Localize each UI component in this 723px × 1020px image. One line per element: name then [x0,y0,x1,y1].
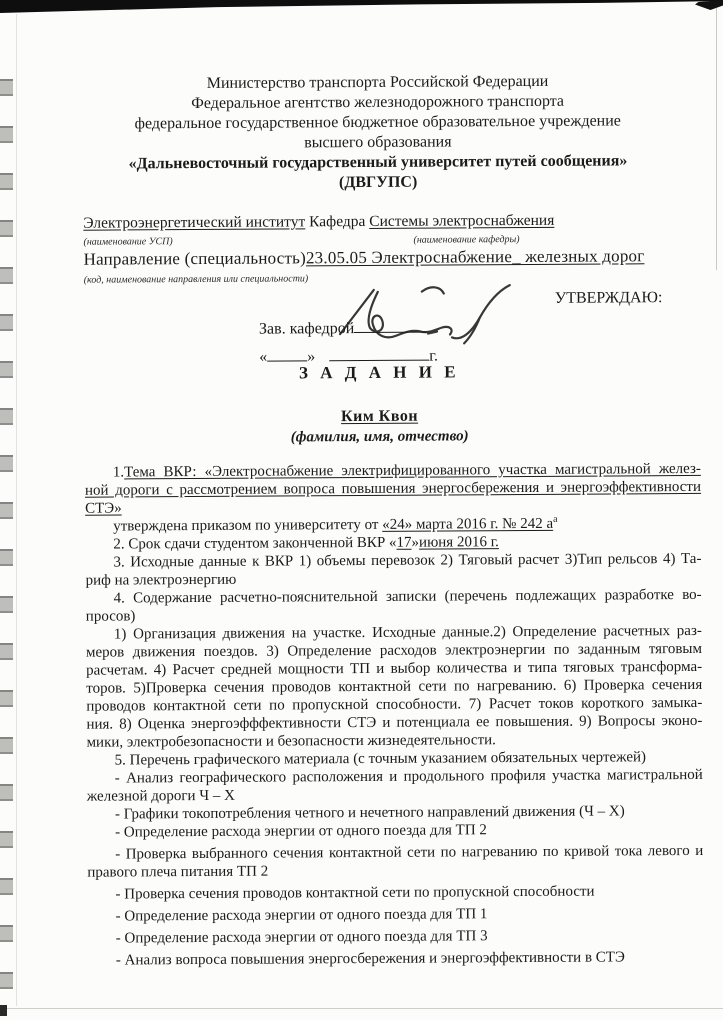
body-line: ния. 8) Оценка энергоэфффективности СТЭ … [86,712,702,734]
drawing-item: - Проверка сечения проводов контактной с… [87,882,703,904]
body-line: 4. Содержание расчетно-пояснительной зап… [86,586,702,608]
header-line: федеральное государственное бюджетное об… [58,111,698,135]
kafedra-name: Системы электроснабжения [369,212,554,230]
university-name: «Дальневосточный государственный универс… [58,151,698,175]
caption-kafedra: (наименование кафедры) [413,230,519,250]
drawing-item: - Проверка выбранного сечения контактной… [87,842,703,864]
caption-usp: (наименование УСП) [83,236,172,248]
document-sheet: Министерство транспорта Российской Федер… [0,0,723,1020]
body-line: ной дороги с рассмотрением вопроса повыш… [85,478,701,500]
drawing-item: - Определение расхода энергии от одного … [88,926,704,948]
page-right-crease [716,8,717,270]
department-block: Электроэнергетический институт Кафедра С… [83,210,698,290]
student-block: Ким Квон (фамилия, имя, отчество) [60,406,700,448]
scanned-document-page: Министерство транспорта Российской Федер… [0,0,723,1020]
body-line: 3. Исходные данные к ВКР 1) объемы перев… [85,550,701,572]
spiral-binding [0,66,13,1010]
drawing-item: - Графики токопотребления четного и нече… [87,802,703,824]
scan-bottom-edge [0,1008,723,1009]
drawing-item: правого плеча питания ТП 2 [87,860,703,882]
direction-value: 23.05.05 Электроснабжение_ железных доро… [306,246,645,267]
drawing-item: - Анализ вопроса повышения энергосбереже… [88,948,704,970]
drawing-item: - Определение расхода энергии от одного … [88,904,704,926]
document-title: З А Д А Н И Е [59,361,699,385]
student-name: Ким Квон [60,406,700,428]
direction-line: Направление (специальность)23.05.05 Элек… [84,246,699,269]
ministry-header: Министерство транспорта Российской Федер… [57,71,698,195]
date-blank-day [267,346,307,361]
drawing-item: - Определение расхода энергии от одного … [87,820,703,842]
kafedra-label: Кафедра [305,213,369,230]
date-blank-month [329,346,429,362]
signature-handwriting [332,281,582,347]
assignment-body: 1.Тема ВКР: «Электроснабжение электрифиц… [85,460,704,970]
institute-name: Электроэнергетический институт [83,213,305,231]
scan-bottom-mark [0,1005,7,1016]
drawing-item: - Анализ географического расположения и … [87,766,703,788]
direction-label: Направление (специальность) [84,248,306,268]
university-abbreviation: (ДВГУПС) [58,171,698,195]
student-name-caption: (фамилия, имя, отчество) [60,427,700,448]
caption-row: (наименование УСП) (наименование кафедры… [83,229,698,247]
